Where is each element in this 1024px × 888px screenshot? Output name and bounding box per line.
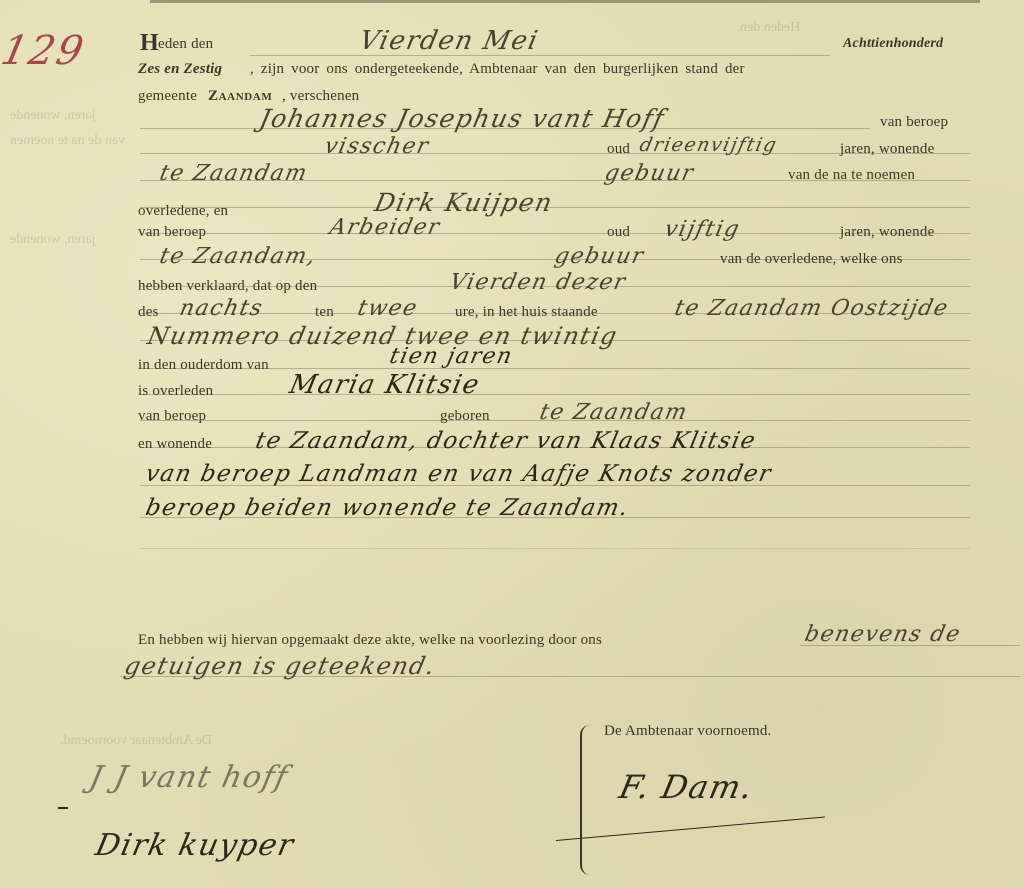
deceased-name: Maria Klitsie bbox=[287, 370, 483, 400]
ouderdom-label: in den ouderdom van bbox=[138, 357, 269, 374]
ruled-line bbox=[140, 548, 970, 549]
death-certificate-page: jaren, wonende van de na te noemen jaren… bbox=[0, 0, 1024, 888]
van-beroep-label: van beroep bbox=[138, 224, 206, 241]
van-beroep-label: van beroep bbox=[138, 408, 206, 425]
deceased-age: tien jaren bbox=[387, 344, 515, 369]
witness1-residence: te Zaandam bbox=[157, 161, 310, 186]
year-suffix: Zes en Zestig bbox=[138, 61, 222, 78]
witness2-residence: te Zaandam, bbox=[157, 244, 318, 269]
witness2-name: Dirk Kuijpen bbox=[372, 188, 556, 217]
closing-hand-2: getuigen is geteekend. bbox=[122, 652, 438, 680]
closing-hand-1: benevens de bbox=[802, 622, 963, 647]
deceased-residence-parents: te Zaandam, dochter van Klaas Klitsie bbox=[253, 428, 759, 454]
geboren-label: geboren bbox=[440, 408, 490, 425]
relation-suffix: van de na te noemen bbox=[788, 167, 915, 184]
overleden-label: is overleden bbox=[138, 383, 213, 400]
house-number: Nummero duizend twee en twintig bbox=[145, 322, 620, 350]
bleed-through-text: jaren, wonende bbox=[10, 232, 96, 248]
van-beroep-label: van beroep bbox=[880, 114, 948, 131]
witness2-age: vijftig bbox=[662, 217, 742, 242]
ruled-line bbox=[140, 207, 970, 208]
verklaard-label: hebben verklaard, dat op den bbox=[138, 278, 317, 295]
heden-den-label: eden den bbox=[158, 36, 213, 53]
witness1-relation: gebuur bbox=[602, 161, 696, 186]
drop-cap: H bbox=[140, 30, 159, 57]
signature-underline bbox=[556, 816, 825, 841]
appearance-text: , zijn voor ons ondergeteekende, Ambtena… bbox=[250, 61, 745, 78]
signature-brace bbox=[580, 725, 592, 875]
des-label: des bbox=[138, 304, 159, 321]
ruled-line bbox=[140, 394, 970, 395]
bleed-through-text: van de na te noemen bbox=[10, 133, 125, 149]
top-border bbox=[150, 0, 980, 3]
witness2-relation: gebuur bbox=[552, 244, 646, 269]
bleed-through-text: De Ambtenaar voornoemd. bbox=[60, 733, 212, 749]
parents-line-1: van beroep Landman en van Aafje Knots zo… bbox=[143, 461, 774, 487]
witness1-name: Johannes Josephus vant Hoff bbox=[257, 104, 668, 133]
year-prefix: Achttienhonderd bbox=[843, 36, 943, 52]
death-hour: twee bbox=[355, 296, 420, 321]
signature-dash bbox=[58, 807, 68, 809]
witness2-occupation: Arbeider bbox=[327, 215, 442, 240]
death-location: te Zaandam Oostzijde bbox=[672, 296, 951, 321]
bleed-through-text: jaren, wonende bbox=[10, 108, 96, 124]
bleed-through-text: Heden den bbox=[740, 20, 800, 36]
jaren-wonende-label: jaren, wonende bbox=[840, 141, 934, 158]
en-wonende-label: en wonende bbox=[138, 436, 212, 453]
witness1-signature: J J vant hoff bbox=[86, 760, 291, 795]
time-of-day: nachts bbox=[177, 296, 265, 321]
ure-huis-label: ure, in het huis staande bbox=[455, 304, 598, 321]
official-signature: F. Dam. bbox=[616, 768, 757, 806]
overledene-en-label: overledene, en bbox=[138, 203, 228, 220]
birthplace: te Zaandam bbox=[537, 400, 690, 425]
date-handwritten: Vierden Mei bbox=[357, 26, 542, 56]
jaren-wonende-label: jaren, wonende bbox=[840, 224, 934, 241]
ten-label: ten bbox=[315, 304, 334, 321]
verschenen-label: , verschenen bbox=[282, 88, 359, 105]
record-number: 129 bbox=[0, 28, 89, 74]
closing-text: En hebben wij hiervan opgemaakt deze akt… bbox=[138, 632, 602, 649]
witness2-signature: Dirk kuyper bbox=[92, 828, 297, 863]
death-day: Vierden dezer bbox=[447, 270, 628, 295]
gemeente-label: gemeente bbox=[138, 88, 197, 105]
parents-line-2: beroep beiden wonende te Zaandam. bbox=[143, 495, 631, 521]
witness1-age: drieenvijftig bbox=[638, 134, 780, 156]
official-label: De Ambtenaar voornoemd. bbox=[604, 723, 771, 740]
gemeente-name: Zaandam bbox=[208, 88, 272, 105]
oud-label: oud bbox=[607, 141, 630, 158]
oud-label: oud bbox=[607, 224, 630, 241]
ruled-line bbox=[250, 55, 830, 56]
witness1-occupation: visscher bbox=[322, 134, 431, 159]
relation-suffix: van de overledene, welke ons bbox=[720, 251, 903, 268]
